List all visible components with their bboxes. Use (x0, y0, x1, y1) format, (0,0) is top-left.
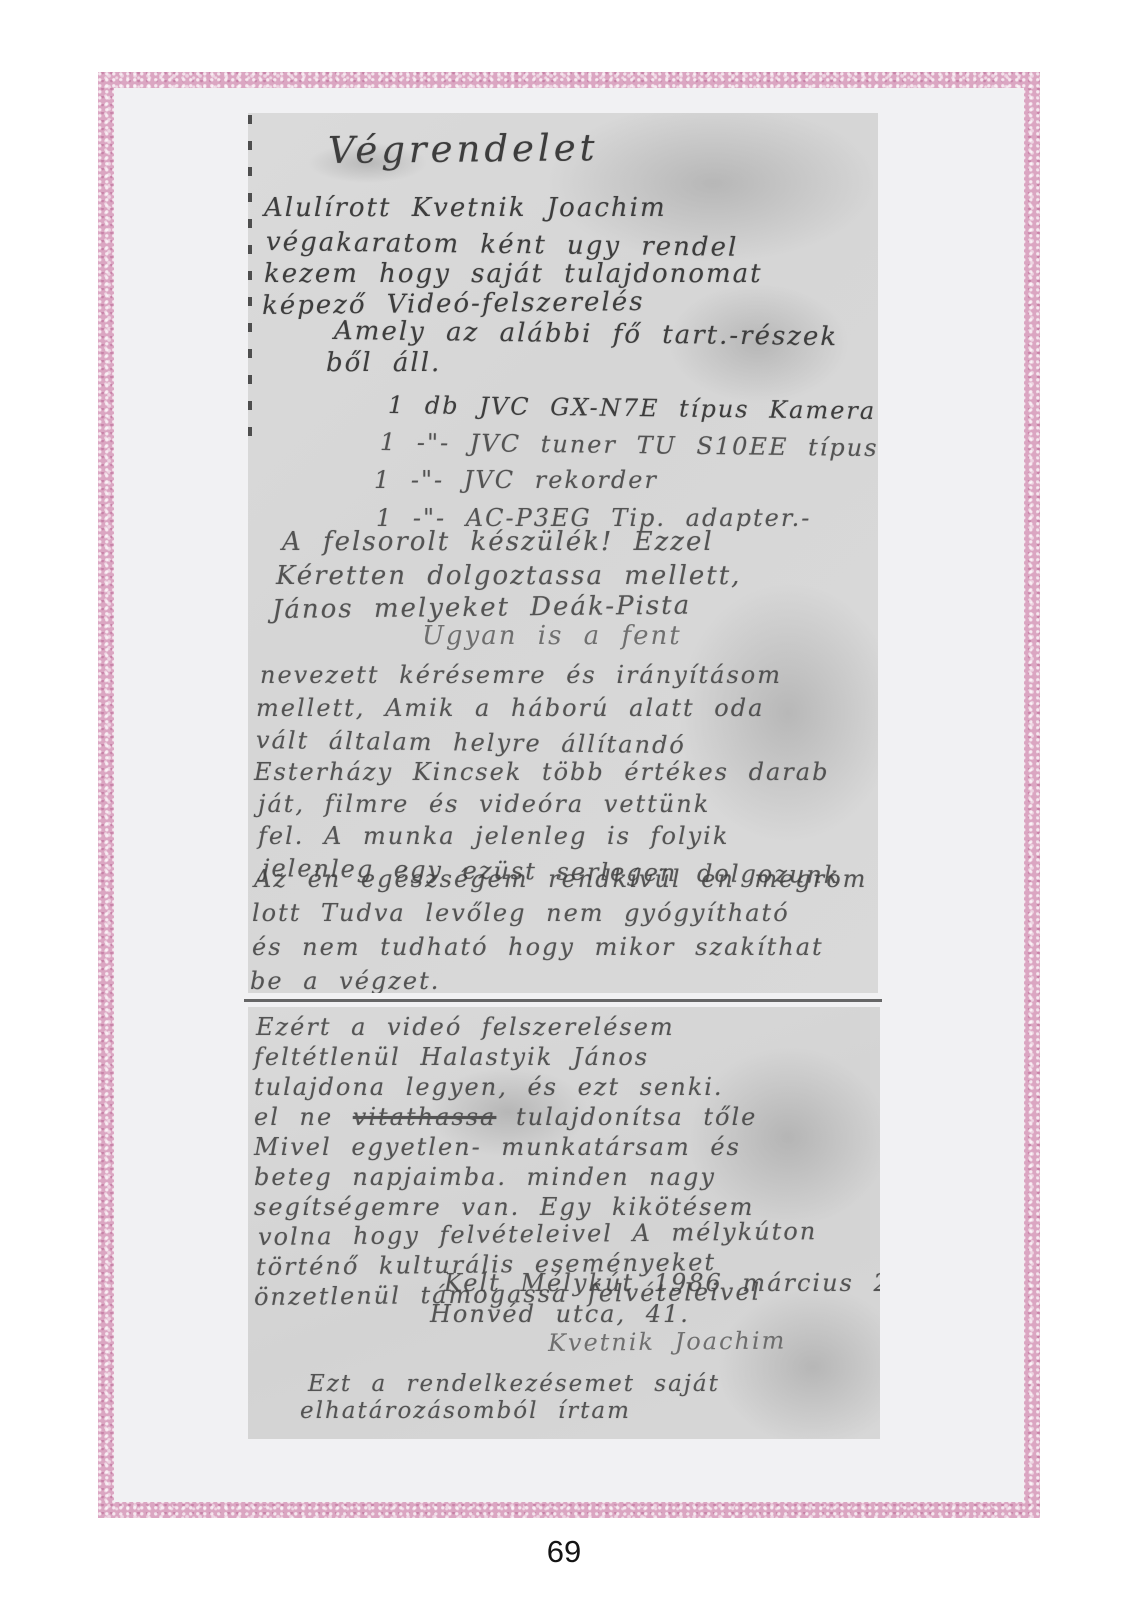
hw-line: ját, filmre és videóra vettünk (258, 790, 840, 818)
hw-line: A felsorolt készülék! Ezzel (282, 527, 741, 557)
scanned-letter-top: Végrendelet Alulírott Kvetnik Joachim vé… (248, 113, 878, 993)
hw-line: Ugyan is a fent (422, 621, 682, 651)
paragraph-2: A felsorolt készülék! Ezzel Kéretten dol… (282, 527, 741, 625)
list-item: 1 -"- JVC tuner TU S10EE típus (380, 428, 878, 462)
hw-line: beteg napjaimba. minden nagy (254, 1163, 817, 1191)
address-line: Honvéd utca, 41. (430, 1300, 880, 1328)
list-item: 1 -"- JVC rekorder (374, 466, 878, 494)
date-block: Kelt Mélykút 1986 március 2 án Honvéd ut… (444, 1269, 880, 1328)
equipment-list: 1 db JVC GX-N7E típus Kamera 1 -"- JVC t… (380, 391, 878, 532)
hw-line: lott Tudva levőleg nem gyógyítható (252, 899, 867, 927)
hw-line: nevezett kérésemre és irányításom (260, 661, 840, 689)
hw-line: ből áll. (326, 348, 838, 378)
book-page: Végrendelet Alulírott Kvetnik Joachim vé… (0, 0, 1128, 1600)
hw-line: végakaratom ként ugy rendel (266, 227, 763, 263)
scan-edge-artifact (248, 115, 252, 445)
paragraph-3: nevezett kérésemre és irányításom mellet… (256, 661, 840, 882)
hw-line: elhatározásomból írtam (300, 1398, 720, 1424)
hw-line: be a végzet. (250, 967, 867, 993)
clause-intro: Amely az alábbi fő tart.-részek ből áll. (334, 316, 838, 378)
hw-line: Ezért a videó felszerelésem (256, 1013, 817, 1041)
hw-line: Az én egészségem rendkívül en megrom (254, 865, 867, 893)
postscript: Ezt a rendelkezésemet saját elhatározáso… (308, 1371, 720, 1424)
page-number: 69 (0, 1534, 1128, 1570)
hw-line: és nem tudható hogy mikor szakíthat (252, 933, 867, 961)
paragraph-4: Az én egészségem rendkívül en megrom lot… (252, 865, 867, 993)
paragraph-1: Alulírott Kvetnik Joachim végakaratom ké… (264, 193, 763, 321)
signature: Kvetnik Joachim (548, 1327, 787, 1357)
paragraph-5: Ezért a videó felszerelésem feltétlenül … (254, 1013, 817, 1311)
scanned-letter-bottom: Ezért a videó felszerelésem feltétlenül … (248, 1007, 880, 1439)
hw-line: Esterházy Kincsek több értékes darab (254, 758, 840, 786)
list-item: 1 db JVC GX-N7E típus Kamera (388, 391, 878, 425)
date-line: Kelt Mélykút 1986 március 2 án (444, 1269, 880, 1297)
hw-line: mellett, Amik a háború alatt oda (256, 694, 840, 722)
hw-line: Kéretten dolgoztassa mellett, (276, 561, 741, 591)
hw-line: feltétlenül Halastyik János (254, 1043, 817, 1071)
hw-line: kezem hogy saját tulajdonomat (264, 259, 763, 289)
hw-line: Ezt a rendelkezésemet saját (308, 1371, 720, 1397)
hw-line: Mivel egyetlen- munkatársam és (254, 1133, 817, 1161)
hw-line: Amely az alábbi fő tart.-részek (334, 316, 838, 352)
strike-post: tulajdonítsa tőle (496, 1103, 757, 1131)
hw-line: János melyeket Deák-Pista (272, 590, 742, 625)
hw-line: tulajdona legyen, és ezt senki. (254, 1073, 817, 1101)
strike-pre: el ne (254, 1103, 353, 1131)
hw-line: volna hogy felvételeivel A mélykúton (258, 1217, 817, 1251)
hw-line-strike: el ne vitathassa tulajdonítsa tőle (254, 1103, 817, 1131)
hw-line: vált általam helyre állítandó (256, 726, 841, 761)
hw-line: fel. A munka jelenleg is folyik (258, 822, 840, 850)
scan-seam-line (244, 999, 882, 1002)
letter-title: Végrendelet (328, 126, 599, 172)
hw-line: Alulírott Kvetnik Joachim (264, 193, 763, 223)
struck-word: vitathassa (353, 1103, 497, 1131)
hw-line: segítségemre van. Egy kikötésem (254, 1193, 817, 1221)
